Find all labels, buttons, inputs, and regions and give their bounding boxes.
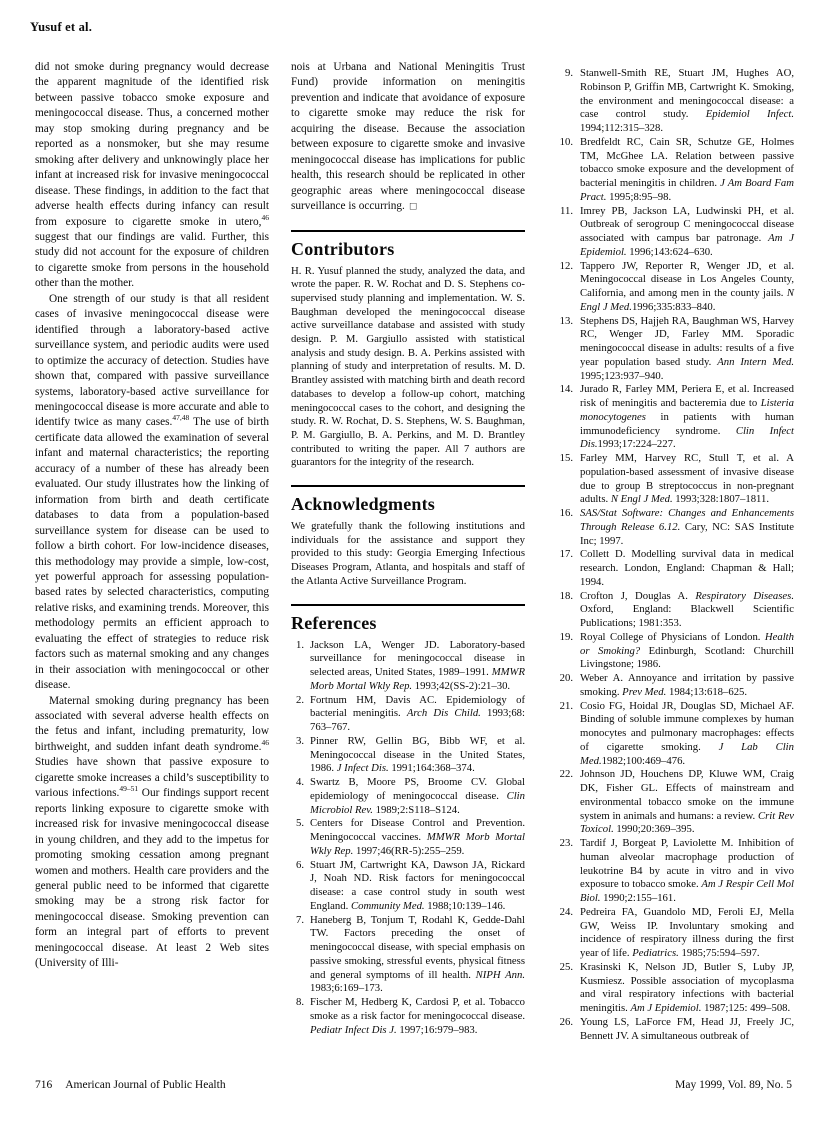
closing-paragraphs: nois at Urbana and National Meningitis T… (291, 60, 525, 215)
reference-number: 14. (553, 383, 573, 397)
reference-item: 4.Swartz B, Moore PS, Broome CV. Global … (291, 776, 525, 817)
reference-number: 12. (553, 260, 573, 274)
reference-number: 22. (553, 768, 573, 782)
reference-number: 2. (291, 694, 304, 708)
journal-page: Yusuf et al. did not smoke during pregna… (0, 0, 816, 1124)
section-divider (291, 230, 525, 232)
reference-item: 18.Crofton J, Douglas A. Respiratory Dis… (553, 590, 794, 631)
reference-item: 15.Farley MM, Harvey RC, Stull T, et al.… (553, 452, 794, 507)
reference-number: 11. (553, 205, 573, 219)
reference-number: 7. (291, 914, 304, 928)
article-columns: did not smoke during pregnancy would dec… (35, 60, 794, 1043)
body-paragraph: Maternal smoking during pregnancy has be… (35, 694, 269, 972)
reference-text: Tardif J, Borgeat P, Laviolette M. Inhib… (580, 837, 794, 904)
body-paragraph: nois at Urbana and National Meningitis T… (291, 60, 525, 215)
reference-item: 22.Johnson JD, Houchens DP, Kluwe WM, Cr… (553, 768, 794, 837)
column-left: did not smoke during pregnancy would dec… (35, 60, 269, 1043)
reference-number: 17. (553, 548, 573, 562)
reference-number: 19. (553, 631, 573, 645)
reference-item: 19.Royal College of Physicians of London… (553, 631, 794, 672)
reference-number: 16. (553, 507, 573, 521)
reference-text: Farley MM, Harvey RC, Stull T, et al. A … (580, 452, 794, 505)
citation-superscript: 47,48 (172, 414, 189, 423)
section-divider (291, 485, 525, 487)
reference-number: 5. (291, 817, 304, 831)
reference-text: SAS/Stat Software: Changes and Enhanceme… (580, 507, 794, 547)
acknowledgments-heading: Acknowledgments (291, 494, 525, 515)
reference-number: 25. (553, 961, 573, 975)
issue-info: May 1999, Vol. 89, No. 5 (675, 1079, 792, 1091)
reference-text: Imrey PB, Jackson LA, Ludwinski PH, et a… (580, 205, 794, 258)
reference-item: 16.SAS/Stat Software: Changes and Enhanc… (553, 507, 794, 548)
reference-number: 20. (553, 672, 573, 686)
reference-text: Krasinski K, Nelson JD, Butler S, Luby J… (580, 961, 794, 1014)
reference-item: 5.Centers for Disease Control and Preven… (291, 817, 525, 858)
reference-number: 3. (291, 735, 304, 749)
reference-text: Tappero JW, Reporter R, Wenger JD, et al… (580, 260, 794, 313)
reference-text: Stuart JM, Cartwright KA, Dawson JA, Ric… (310, 859, 525, 912)
reference-item: 25.Krasinski K, Nelson JD, Butler S, Lub… (553, 961, 794, 1016)
reference-text: Bredfeldt RC, Cain SR, Schutze GE, Holme… (580, 136, 794, 203)
citation-superscript: 49–51 (119, 785, 138, 794)
end-of-article-marker: □ (410, 200, 417, 215)
reference-number: 24. (553, 906, 573, 920)
reference-item: 6.Stuart JM, Cartwright KA, Dawson JA, R… (291, 859, 525, 914)
reference-text: Royal College of Physicians of London. H… (580, 631, 794, 671)
reference-item: 11.Imrey PB, Jackson LA, Ludwinski PH, e… (553, 205, 794, 260)
reference-text: Swartz B, Moore PS, Broome CV. Global ep… (310, 776, 525, 816)
reference-item: 2.Fortnum HM, Davis AC. Epidemiology of … (291, 694, 525, 735)
reference-text: Collett D. Modelling survival data in me… (580, 548, 794, 588)
reference-item: 14.Jurado R, Farley MM, Periera E, et al… (553, 383, 794, 452)
reference-text: Pinner RW, Gellin BG, Bibb WF, et al. Me… (310, 735, 525, 775)
reference-text: Stanwell-Smith RE, Stuart JM, Hughes AO,… (580, 67, 794, 134)
citation-superscript: 46 (262, 213, 270, 222)
reference-text: Haneberg B, Tonjum T, Rodahl K, Gedde-Da… (310, 914, 525, 995)
reference-item: 8.Fischer M, Hedberg K, Cardosi P, et al… (291, 996, 525, 1037)
reference-number: 4. (291, 776, 304, 790)
reference-item: 17.Collett D. Modelling survival data in… (553, 548, 794, 589)
reference-text: Crofton J, Douglas A. Respiratory Diseas… (580, 590, 794, 630)
reference-item: 3.Pinner RW, Gellin BG, Bibb WF, et al. … (291, 735, 525, 776)
body-paragraph: did not smoke during pregnancy would dec… (35, 60, 269, 292)
reference-item: 26.Young LS, LaForce FM, Head JJ, Freely… (553, 1016, 794, 1044)
reference-item: 7.Haneberg B, Tonjum T, Rodahl K, Gedde-… (291, 914, 525, 997)
reference-text: Weber A. Annoyance and irritation by pas… (580, 672, 794, 698)
reference-text: Cosio FG, Hoidal JR, Douglas SD, Michael… (580, 700, 794, 767)
reference-number: 13. (553, 315, 573, 329)
reference-list-9-26: 9.Stanwell-Smith RE, Stuart JM, Hughes A… (553, 67, 794, 1043)
reference-text: Stephens DS, Hajjeh RA, Baughman WS, Har… (580, 315, 794, 382)
reference-text: Fortnum HM, Davis AC. Epidemiology of ba… (310, 694, 525, 734)
reference-number: 23. (553, 837, 573, 851)
body-paragraph: One strength of our study is that all re… (35, 292, 269, 694)
reference-item: 1.Jackson LA, Wenger JD. Laboratory-base… (291, 639, 525, 694)
reference-number: 1. (291, 639, 304, 653)
reference-item: 12.Tappero JW, Reporter R, Wenger JD, et… (553, 260, 794, 315)
reference-text: Jurado R, Farley MM, Periera E, et al. I… (580, 383, 794, 450)
reference-text: Johnson JD, Houchens DP, Kluwe WM, Craig… (580, 768, 794, 835)
references-heading: References (291, 613, 525, 634)
reference-item: 23.Tardif J, Borgeat P, Laviolette M. In… (553, 837, 794, 906)
page-footer: 716American Journal of Public Health May… (35, 1079, 792, 1091)
reference-text: Centers for Disease Control and Preventi… (310, 817, 525, 857)
reference-item: 20.Weber A. Annoyance and irritation by … (553, 672, 794, 700)
column-right: 9.Stanwell-Smith RE, Stuart JM, Hughes A… (553, 60, 794, 1043)
reference-text: Jackson LA, Wenger JD. Laboratory-based … (310, 639, 525, 692)
reference-number: 26. (553, 1016, 573, 1030)
journal-name: American Journal of Public Health (65, 1079, 225, 1091)
contributors-body: H. R. Yusuf planned the study, analyzed … (291, 265, 525, 471)
citation-superscript: 46 (262, 738, 270, 747)
reference-item: 13.Stephens DS, Hajjeh RA, Baughman WS, … (553, 315, 794, 384)
section-divider (291, 604, 525, 606)
running-head: Yusuf et al. (30, 20, 92, 35)
footer-left: 716American Journal of Public Health (35, 1079, 226, 1091)
reference-item: 10.Bredfeldt RC, Cain SR, Schutze GE, Ho… (553, 136, 794, 205)
reference-number: 15. (553, 452, 573, 466)
reference-item: 9.Stanwell-Smith RE, Stuart JM, Hughes A… (553, 67, 794, 136)
column-middle: nois at Urbana and National Meningitis T… (291, 60, 525, 1043)
reference-number: 21. (553, 700, 573, 714)
reference-number: 9. (553, 67, 573, 81)
reference-text: Fischer M, Hedberg K, Cardosi P, et al. … (310, 996, 525, 1036)
reference-number: 8. (291, 996, 304, 1010)
reference-text: Young LS, LaForce FM, Head JJ, Freely JC… (580, 1016, 794, 1042)
reference-item: 21.Cosio FG, Hoidal JR, Douglas SD, Mich… (553, 700, 794, 769)
reference-text: Pedreira FA, Guandolo MD, Feroli EJ, Mel… (580, 906, 794, 959)
reference-number: 6. (291, 859, 304, 873)
reference-item: 24.Pedreira FA, Guandolo MD, Feroli EJ, … (553, 906, 794, 961)
reference-list-1-8: 1.Jackson LA, Wenger JD. Laboratory-base… (291, 639, 525, 1038)
reference-number: 10. (553, 136, 573, 150)
contributors-heading: Contributors (291, 239, 525, 260)
reference-number: 18. (553, 590, 573, 604)
acknowledgments-body: We gratefully thank the following instit… (291, 520, 525, 589)
page-number: 716 (35, 1079, 52, 1091)
